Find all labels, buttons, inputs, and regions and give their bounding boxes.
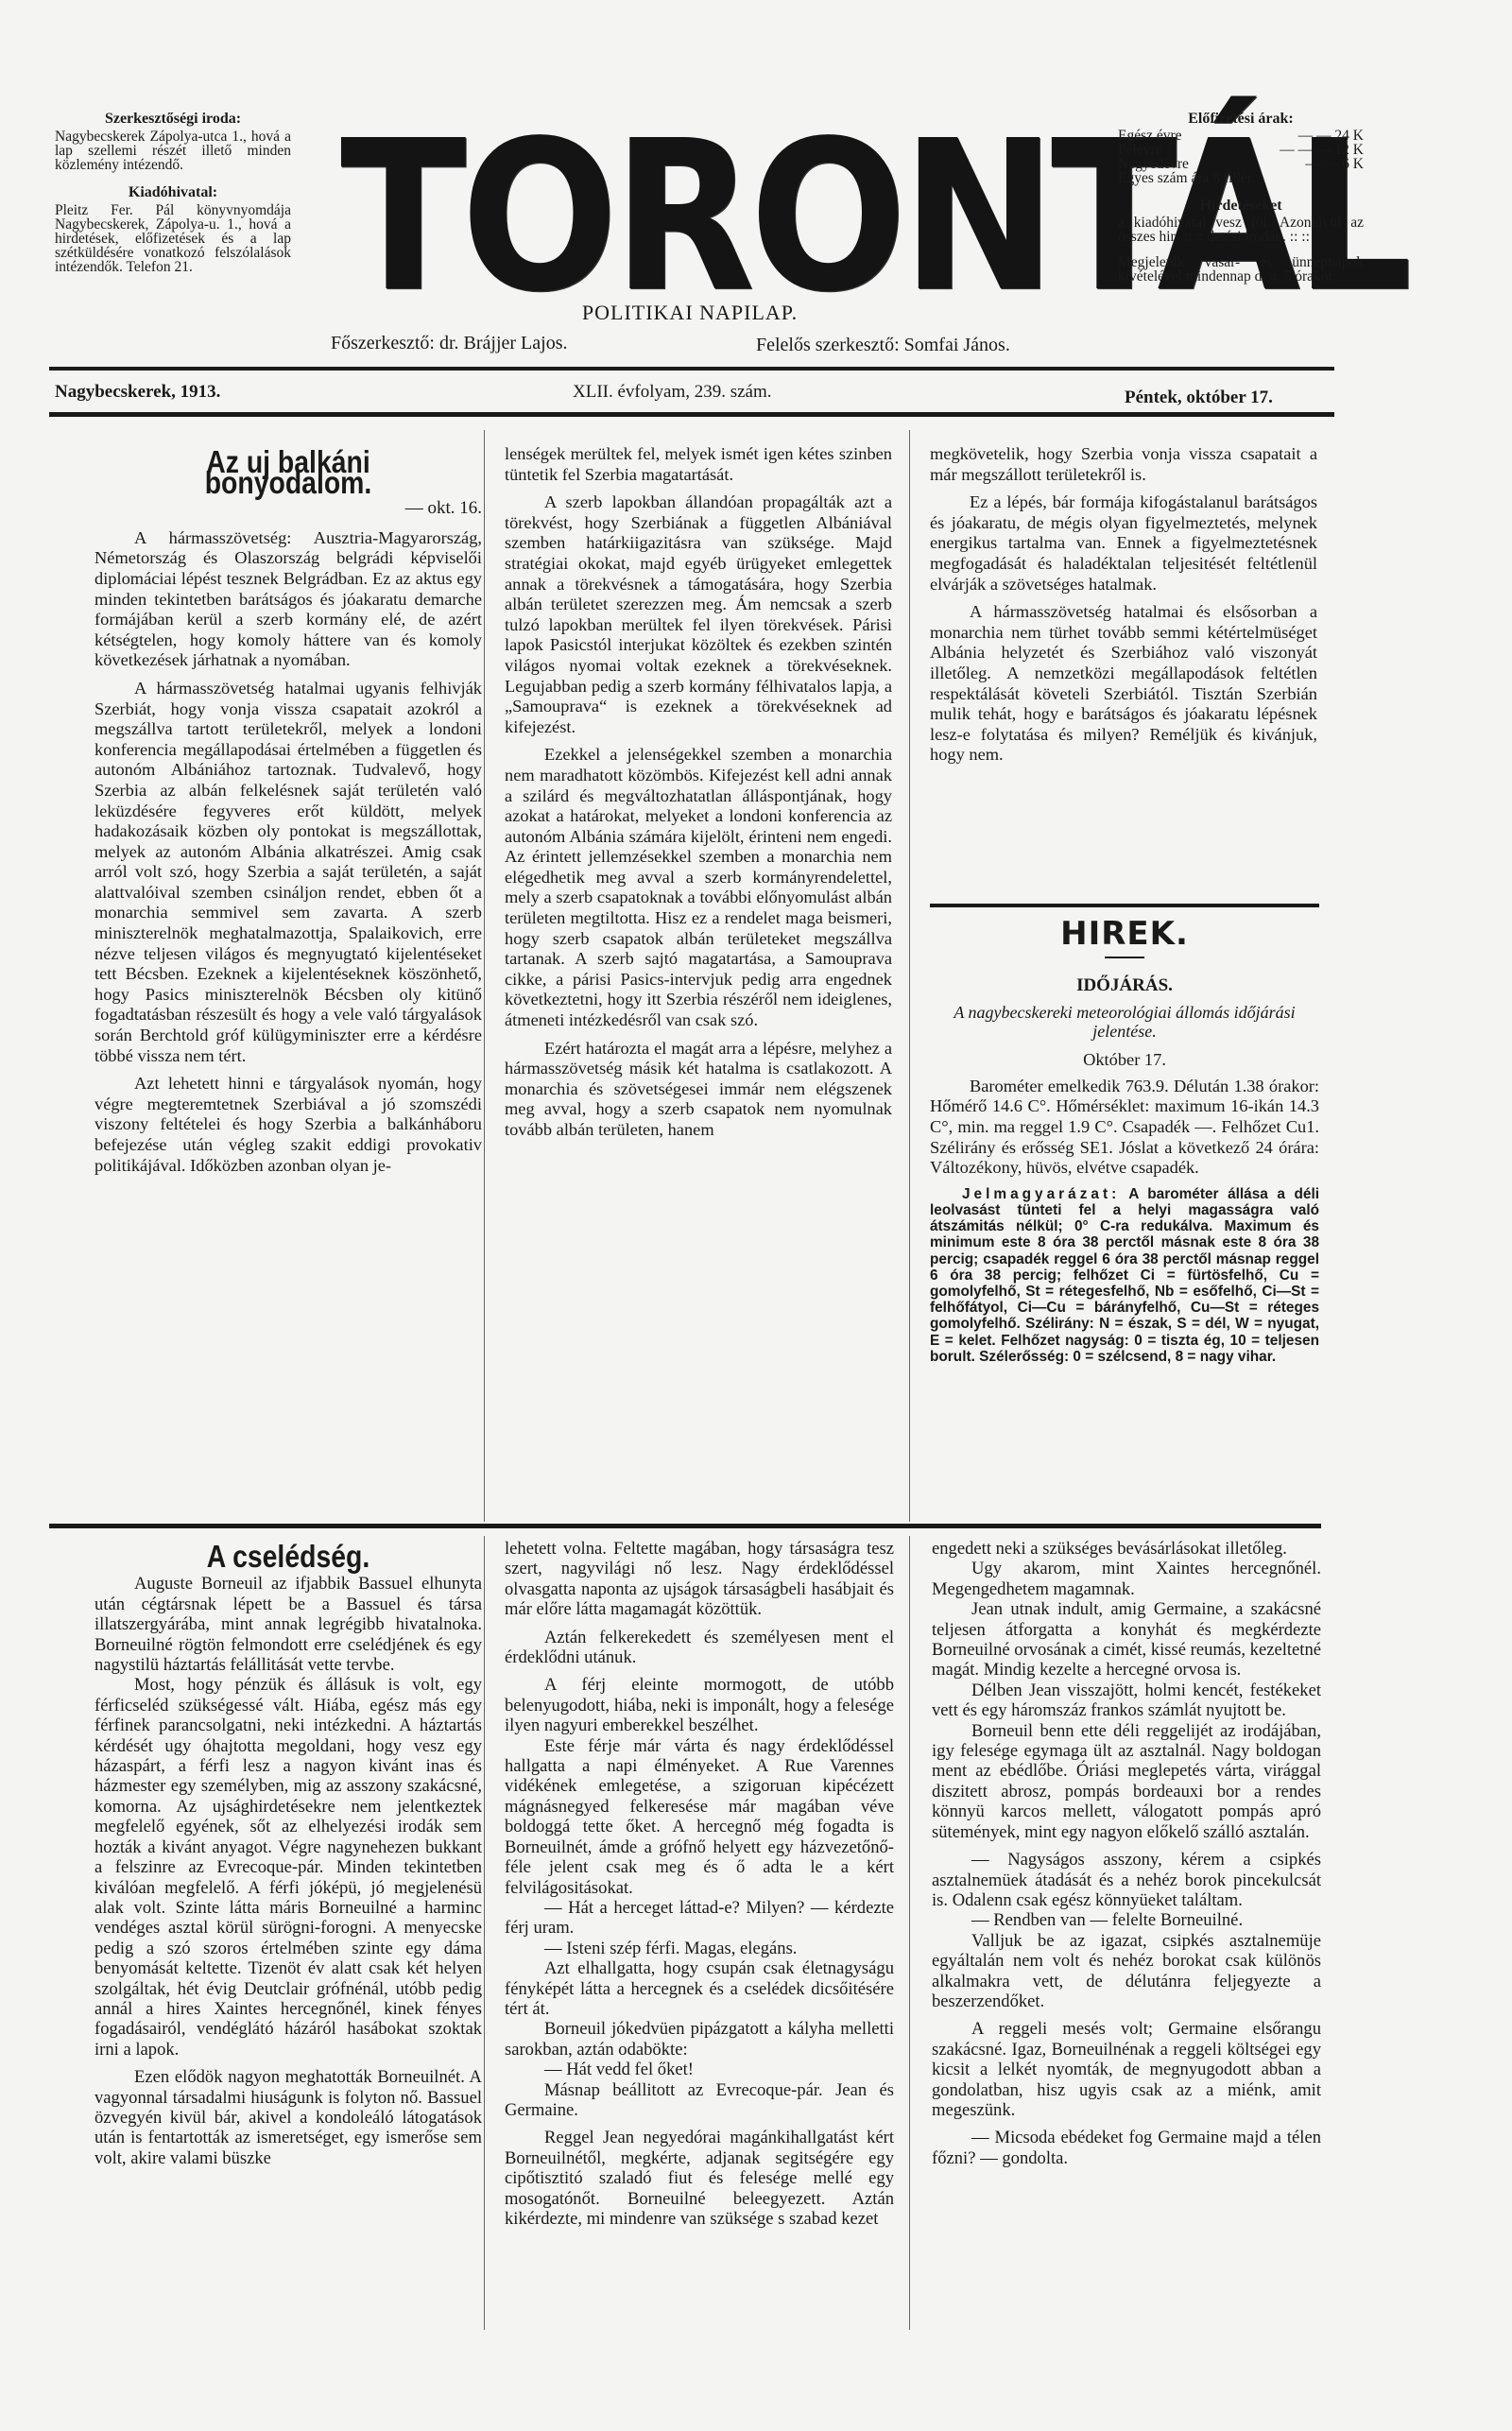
editorial-office-box: Szerkesztőségi iroda: Nagybecskerek Zápo… bbox=[55, 112, 291, 287]
paragraph: A hármasszövetség hatalmai és elsősorban… bbox=[930, 602, 1317, 766]
paragraph: A reggeli mesés volt; Germaine elsőrangu… bbox=[932, 2019, 1321, 2120]
subscription-box: Előfizetési árak: Egész évre — — 24 K Fé… bbox=[1118, 112, 1364, 295]
price-value: 6 K bbox=[1342, 156, 1364, 172]
article-servants-col1: A cselédség. Auguste Borneuil az ifjabbi… bbox=[94, 1546, 482, 2176]
article-balkan-col1: Az uj balkáni bonyodalom. — okt. 16. A h… bbox=[94, 452, 482, 1183]
news-section: HIREK. IDŐJÁRÁS. A nagybecskereki meteor… bbox=[930, 924, 1319, 1365]
header-rule-top bbox=[49, 367, 1334, 371]
paragraph: Ez a lépés, bár formája kifogástalanul b… bbox=[930, 492, 1317, 595]
article-balkan-col3: megkövetelik, hogy Szerbia vonja vissza … bbox=[930, 444, 1317, 773]
ads-heading: Hirdetéseket bbox=[1118, 198, 1364, 213]
price-label: Egész évre bbox=[1118, 129, 1182, 143]
weather-legend: Jelmagyarázat: A barométer állása a déli… bbox=[930, 1186, 1319, 1365]
legend-label: Jelmagyarázat: bbox=[962, 1186, 1120, 1202]
paragraph: megkövetelik, hogy Szerbia vonja vissza … bbox=[930, 444, 1317, 485]
paragraph: A szerb lapokban állandóan propagálták a… bbox=[505, 492, 892, 737]
editor-in-chief: Főszerkesztő: dr. Brájjer Lajos. bbox=[331, 333, 568, 354]
section-divider-rule bbox=[49, 1524, 1321, 1528]
dialogue-line: — Nagyságos asszony, kérem a csipkés asz… bbox=[932, 1850, 1321, 1910]
article-servants-col3: engedett neki a szükséges bevásárlásokat… bbox=[932, 1539, 1321, 2176]
paragraph: Jean utnak indult, amig Germaine, a szak… bbox=[932, 1599, 1321, 1681]
paragraph: Ezért határozta el magát arra a lépésre,… bbox=[505, 1039, 892, 1141]
article-dateline: — okt. 16. bbox=[94, 498, 482, 519]
weather-report: Barométer emelkedik 763.9. Délután 1.38 … bbox=[930, 1077, 1319, 1179]
column-divider bbox=[909, 1536, 910, 2330]
price-dash: — — bbox=[1305, 156, 1338, 172]
dialogue-line: — Hát a herceget láttad-e? Milyen? — kér… bbox=[505, 1898, 894, 1939]
column-divider bbox=[909, 430, 910, 1522]
paragraph: lenségek merültek fel, melyek ismét igen… bbox=[505, 444, 892, 485]
paragraph: Ugy akarom, mint Xaintes hercegnőnél. Me… bbox=[932, 1559, 1321, 1599]
paragraph: Borneuil benn ette déli reggelijét az ir… bbox=[932, 1721, 1321, 1842]
publisher-office-text: Pleitz Fer. Pál könyvnyomdája Nagybecske… bbox=[55, 203, 291, 274]
article-title: Az uj balkáni bonyodalom. bbox=[122, 452, 455, 492]
paragraph: Valljuk be az igazat, csipkés asztalnemü… bbox=[932, 1931, 1321, 2012]
editorial-office-text: Nagybecskerek Zápolya-utca 1., hová a la… bbox=[55, 129, 291, 172]
price-row: Egész évre — — 24 K bbox=[1118, 129, 1364, 143]
single-issue-price: Egyes szám ára 8 fillér. bbox=[1118, 171, 1364, 185]
column-divider bbox=[484, 430, 485, 1522]
price-label: Negyedévre bbox=[1118, 157, 1189, 171]
dateline-volume: XLII. évfolyam, 239. szám. bbox=[573, 382, 772, 403]
dateline-place-year: Nagybecskerek, 1913. bbox=[55, 382, 220, 403]
paragraph: Borneuil jókedvüen pipázgatott a kályha … bbox=[505, 2019, 894, 2060]
news-section-title: HIREK. bbox=[930, 924, 1319, 945]
paragraph: A hármasszövetség hatalmai ugyanis felhi… bbox=[94, 679, 482, 1066]
dialogue-line: — Rendben van — felelte Borneuilné. bbox=[932, 1910, 1321, 1930]
dialogue-line: — Isteni szép férfi. Magas, elegáns. bbox=[505, 1939, 894, 1958]
column-divider bbox=[484, 1536, 485, 2330]
weather-date: Október 17. bbox=[930, 1050, 1319, 1071]
publication-note: Megjelenik vasár- és ünnepnapok kivételé… bbox=[1118, 255, 1364, 284]
paragraph: lehetett volna. Feltette magában, hogy t… bbox=[505, 1539, 894, 1620]
weather-subtitle: A nagybecskereki meteorológiai állomás i… bbox=[930, 1003, 1319, 1041]
masthead: TORONTÁL bbox=[340, 112, 1039, 301]
legend-text: A barométer állása a déli leolvasást tün… bbox=[930, 1186, 1319, 1365]
price-label: Félévre bbox=[1118, 143, 1161, 157]
paragraph: Délben Jean visszajött, holmi kencét, fe… bbox=[932, 1681, 1321, 1721]
paragraph: A férj eleinte mormogott, de utóbb belen… bbox=[505, 1675, 894, 1735]
dialogue-line: — Micsoda ebédeket fog Germaine majd a t… bbox=[932, 2128, 1321, 2168]
responsible-editor: Felelős szerkesztő: Somfai János. bbox=[756, 335, 1010, 356]
subscription-heading: Előfizetési árak: bbox=[1118, 112, 1364, 126]
editorial-office-heading: Szerkesztőségi iroda: bbox=[55, 112, 291, 126]
header-rule-bottom bbox=[49, 412, 1334, 417]
article-title: A cselédség. bbox=[122, 1546, 455, 1566]
paragraph: engedett neki a szükséges bevásárlásokat… bbox=[932, 1539, 1321, 1559]
paragraph: A hármasszövetség: Ausztria-Magyarország… bbox=[94, 528, 482, 671]
paragraph: Azt lehetett hinni e tárgyalások nyomán,… bbox=[94, 1074, 482, 1176]
weather-title: IDŐJÁRÁS. bbox=[930, 975, 1319, 996]
article-servants-col2: lehetett volna. Feltette magában, hogy t… bbox=[505, 1539, 894, 2236]
price-row: Félévre — — — 12 K bbox=[1118, 143, 1364, 157]
paragraph: Most, hogy pénzük és állásuk is volt, eg… bbox=[94, 1675, 482, 2060]
paragraph: Auguste Borneuil az ifjabbik Bassuel elh… bbox=[94, 1574, 482, 1675]
paragraph: Este férje már várta és nagy érdeklődéss… bbox=[505, 1736, 894, 1898]
price-row: Negyedévre — — 6 K bbox=[1118, 157, 1364, 171]
dateline-date: Péntek, október 17. bbox=[1125, 388, 1273, 408]
newspaper-subtitle: POLITIKAI NAPILAP. bbox=[340, 301, 1039, 325]
paragraph: Ezen elődök nagyon meghatották Borneuiln… bbox=[94, 2067, 482, 2168]
paragraph: Azt elhallgatta, hogy csupán csak életna… bbox=[505, 1958, 894, 2019]
ads-text: a kiadóhivatal vesz föl. Azonkivül az ös… bbox=[1118, 216, 1364, 244]
paragraph: Ezekkel a jelenségekkel szemben a monarc… bbox=[505, 745, 892, 1030]
article-balkan-col2: lenségek merültek fel, melyek ismét igen… bbox=[505, 444, 892, 1148]
section-rule bbox=[930, 904, 1319, 907]
title-underline bbox=[1105, 957, 1144, 958]
paragraph: Reggel Jean negyedórai magánkihallgatást… bbox=[505, 2128, 894, 2229]
publisher-office-heading: Kiadóhivatal: bbox=[55, 185, 291, 199]
dialogue-line: — Hát vedd fel őket! bbox=[505, 2060, 894, 2079]
newspaper-title: TORONTÁL bbox=[340, 112, 1039, 323]
paragraph: Aztán felkerekedett és személyesen ment … bbox=[505, 1628, 894, 1668]
paragraph: Másnap beállitott az Evrecoque-pár. Jean… bbox=[505, 2080, 894, 2121]
